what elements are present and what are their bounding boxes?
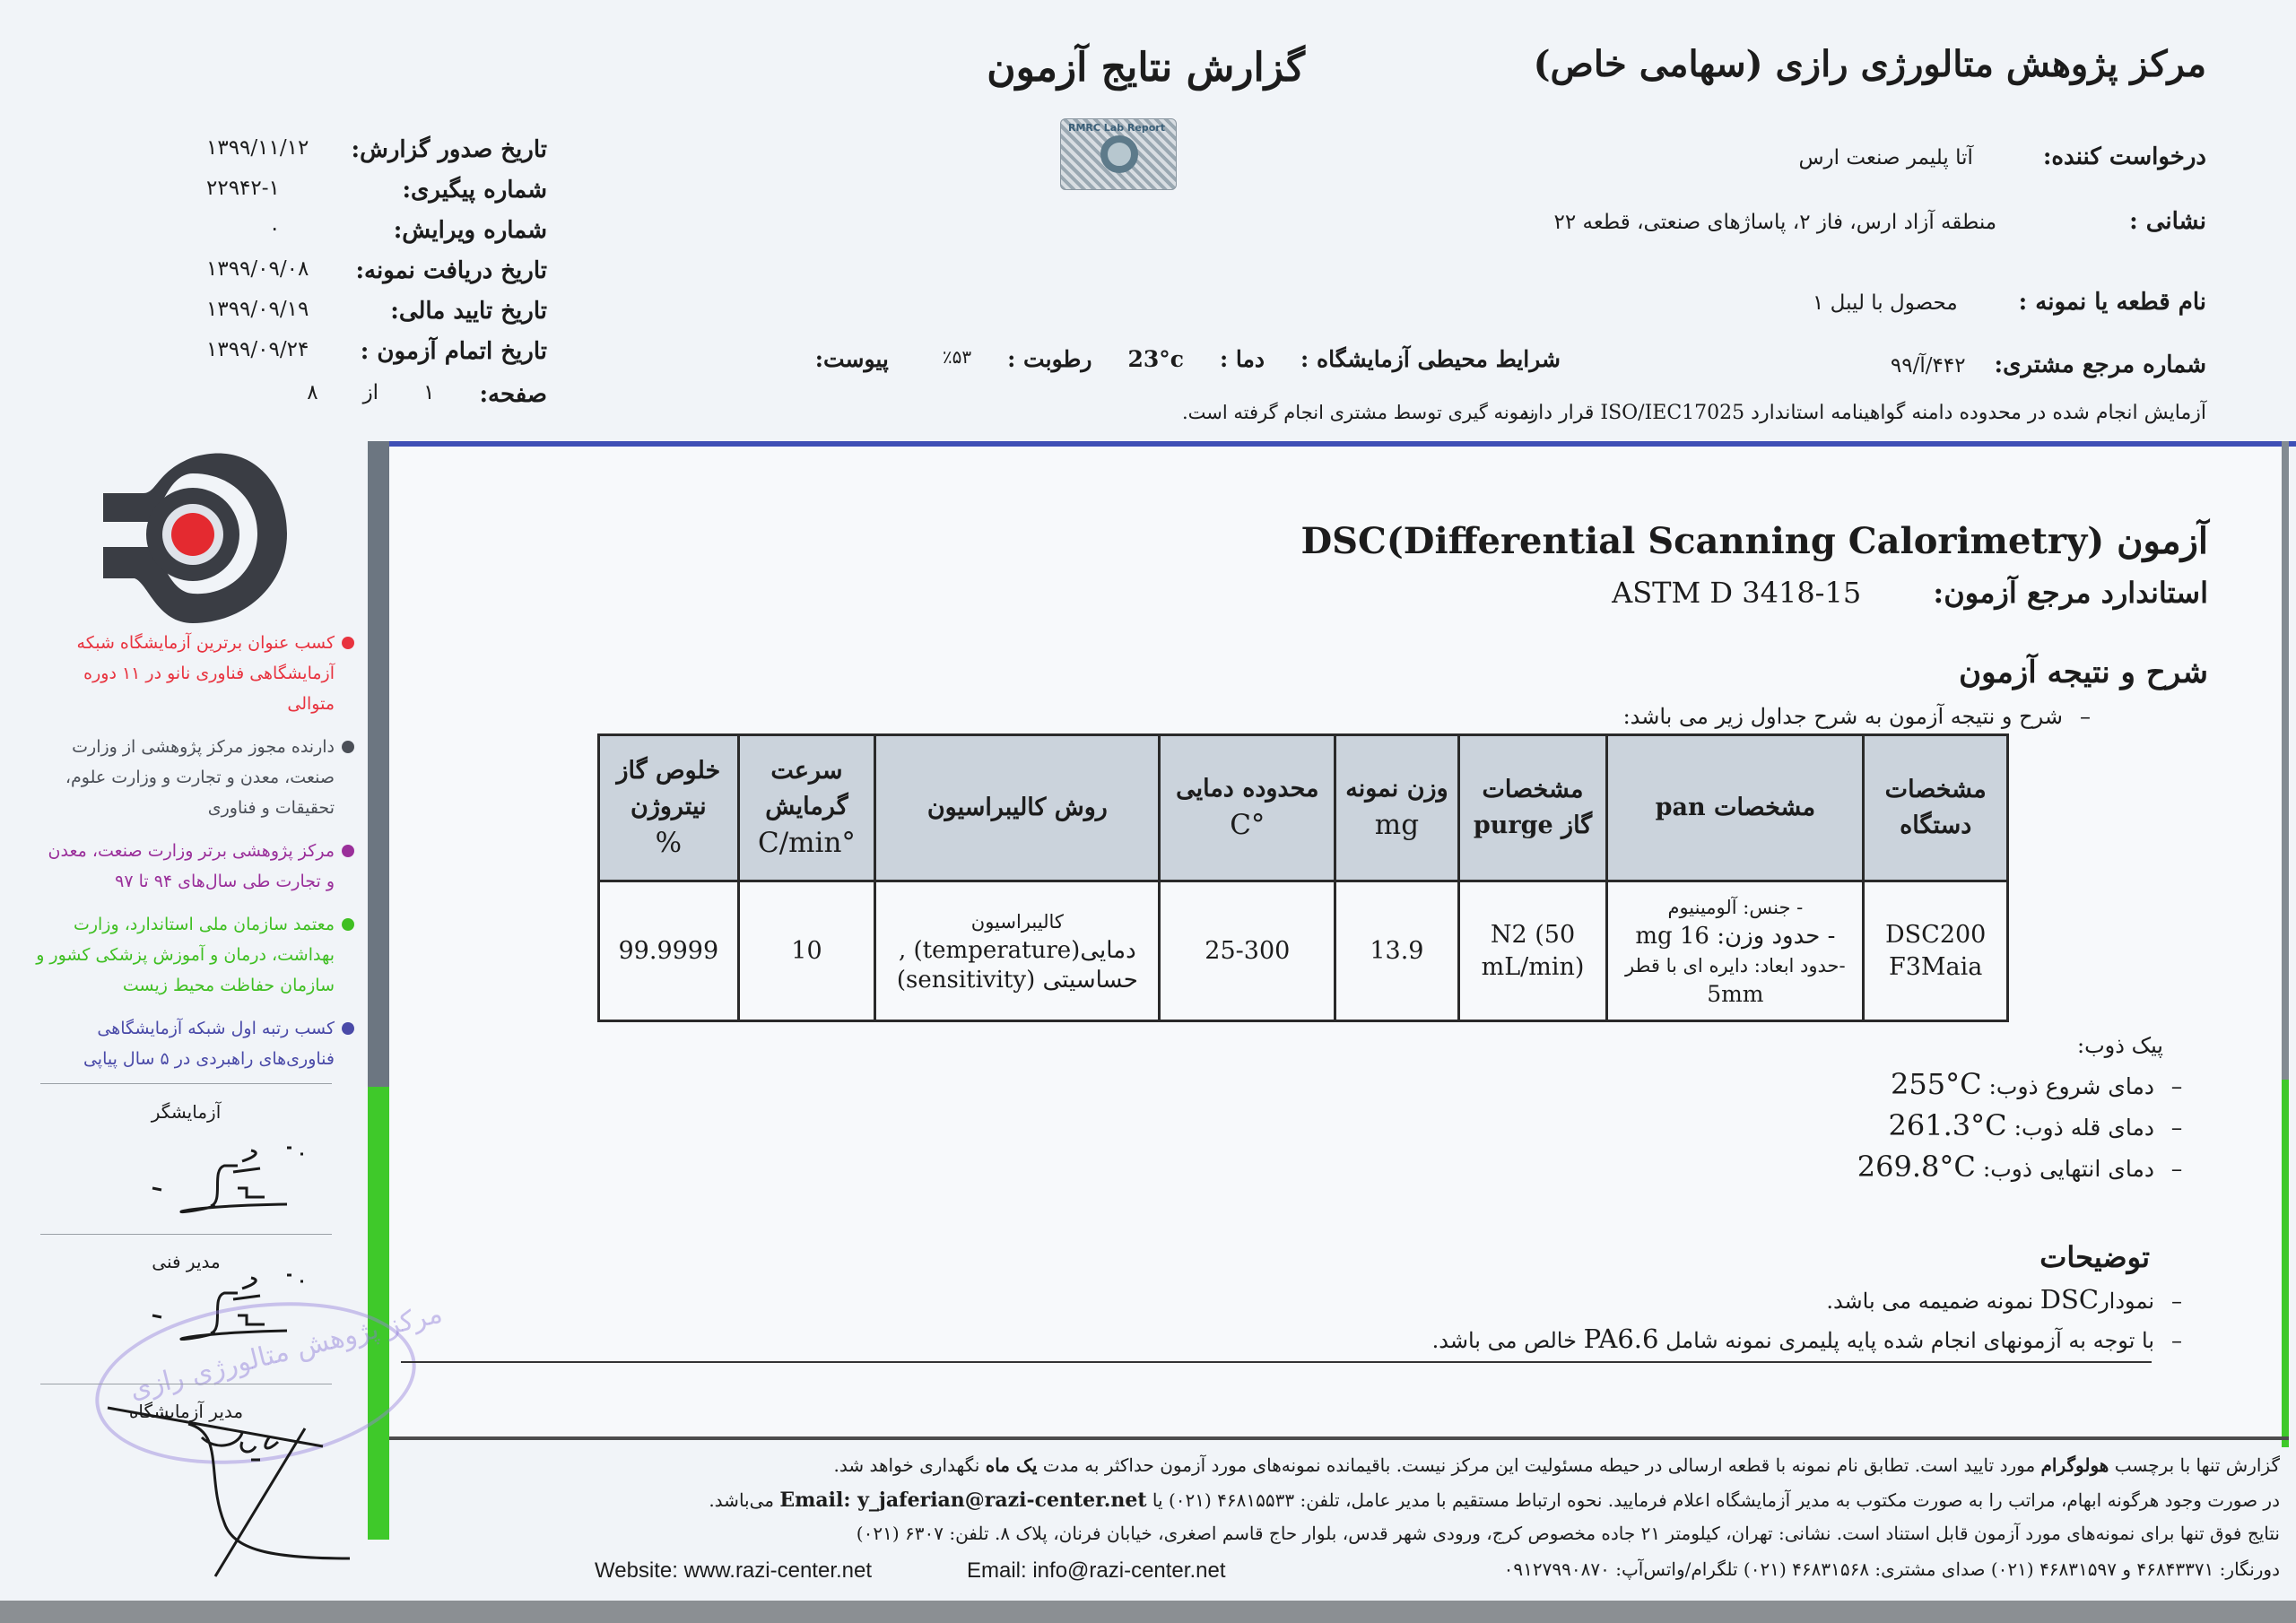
sample-name-label: نام قطعه یا نمونه : <box>2019 289 2206 316</box>
tracking-number-field: شماره پیگیری: ۲۲۹۴۲-۱ <box>206 177 547 217</box>
signature-divider <box>40 1234 332 1235</box>
dash-bullet: – <box>2154 1115 2199 1141</box>
bullet-dot-icon <box>342 918 354 931</box>
meta-value: ۱۳۹۹/۰۹/۱۹ <box>206 298 309 338</box>
notes-title: توضیحات <box>2039 1240 2150 1274</box>
page-of: از <box>363 381 379 421</box>
achievements-list: کسب عنوان برترین آزمایشگاه شبکه آزمایشگا… <box>36 628 354 1087</box>
test-title: آزمون DSC(Differential Scanning Calorime… <box>1300 520 2208 562</box>
footer-email-link[interactable]: Email: info@razi-center.net <box>967 1558 1225 1584</box>
frame-right-border-grey <box>2282 441 2289 1080</box>
env-label: شرایط محیطی آزمایشگاه : <box>1300 346 1561 372</box>
section-title: شرح و نتیجه آزمون <box>1959 655 2208 690</box>
dash-bullet: – <box>2154 1289 2199 1314</box>
temp-label: دما : <box>1220 346 1265 372</box>
organization-name: مرکز پژوهش متالورژی رازی (سهامی خاص) <box>1534 43 2206 85</box>
meta-value: ۱۳۹۹/۰۹/۰۸ <box>206 257 309 298</box>
melting-onset: –دمای شروع ذوب: 255°C <box>1891 1067 2199 1101</box>
ceo-email-link[interactable]: Email: y_jaferian@razi-center.net <box>779 1488 1146 1512</box>
frame-bottom-border <box>0 1601 2296 1623</box>
bullet-dot-icon <box>342 845 354 857</box>
melt-label: دمای انتهایی ذوب: <box>1983 1156 2154 1182</box>
melt-label: دمای شروع ذوب: <box>1989 1073 2155 1099</box>
meta-value: ۱۳۹۹/۱۱/۱۲ <box>206 136 309 177</box>
achievement-item: کسب عنوان برترین آزمایشگاه شبکه آزمایشگا… <box>36 628 354 719</box>
header-calibration: روش کالیبراسیون <box>875 735 1160 881</box>
achievement-item: مرکز پژوهشی برتر وزارت صنعت، معدن و تجار… <box>36 836 354 897</box>
requester-value: آتا پلیمر صنعت ارس <box>1798 146 1972 169</box>
meta-value: ۲۲۹۴۲-۱ <box>206 177 280 217</box>
achievement-item: معتمد سازمان ملی استاندارد، وزارت بهداشت… <box>36 909 354 1001</box>
dash-bullet: – <box>2154 1328 2199 1353</box>
cell-sample-weight: 13.9 <box>1335 881 1459 1021</box>
achievement-text: مرکز پژوهشی برتر وزارت صنعت، معدن و تجار… <box>48 841 335 891</box>
tester-role-label: آزمایشگر <box>40 1101 332 1123</box>
sample-name-field: نام قطعه یا نمونه : محصول با لیبل ۱ <box>1813 289 2206 316</box>
test-parameters-table: مشخصاتدستگاه مشخصات pan مشخصاتگاز purge … <box>597 733 2009 1022</box>
melt-value: 269.8°C <box>1857 1150 1976 1184</box>
standard-label: استاندارد مرجع آزمون: <box>1933 576 2208 610</box>
achievement-item: دارنده مجوز مرکز پژوهشی از وزارت صنعت، م… <box>36 732 354 823</box>
achievement-text: کسب عنوان برترین آزمایشگاه شبکه آزمایشگا… <box>77 633 335 714</box>
header-heating-rate: سرعت گرمایش°C/min <box>738 735 875 881</box>
hologram-ring-icon <box>1100 135 1138 173</box>
meta-label: تاریخ صدور گزارش: <box>351 136 547 177</box>
hologram-seal-icon: RMRC Lab Report <box>1060 118 1177 190</box>
razi-logo-icon <box>94 439 291 628</box>
cell-temp-range: 25-300 <box>1160 881 1335 1021</box>
lab-manager-signature-icon <box>90 1397 359 1585</box>
meta-value: ۰ <box>269 217 280 257</box>
address-field: نشانی : منطقه آزاد ارس، فاز ۲، پاساژهای … <box>1553 208 2206 235</box>
cell-purge-gas: N2 (50mL/min) <box>1458 881 1607 1021</box>
lab-environment-conditions: شرایط محیطی آزمایشگاه : دما : 23°c رطوبت… <box>664 346 1561 372</box>
accreditation-note: آزمایش انجام شده در محدوده دامنه گواهینا… <box>1514 402 2206 424</box>
melting-endset: –دمای انتهایی ذوب: 269.8°C <box>1857 1150 2199 1184</box>
hologram-text: RMRC Lab Report <box>1068 122 1165 134</box>
sampling-note: نمونه گیری توسط مشتری انجام گرفته است. <box>1182 402 1535 423</box>
footer-website-link[interactable]: Website: www.razi-center.net <box>595 1558 872 1584</box>
bullet-dot-icon <box>342 637 354 649</box>
financial-approval-date-field: تاریخ تایید مالی: ۱۳۹۹/۰۹/۱۹ <box>206 298 547 338</box>
signature-divider <box>40 1083 332 1084</box>
humidity-label: رطوبت : <box>1007 346 1091 372</box>
customer-ref-field: شماره مرجع مشتری: ۴۴۲/آ/۹۹ <box>1891 352 2206 378</box>
achievement-item: کسب رتبه اول شبکه آزمایشگاهی فناوری‌های … <box>36 1013 354 1074</box>
customer-ref-label: شماره مرجع مشتری: <box>1995 352 2206 378</box>
footer-contact-numbers: دورنگار: ۴۶۸۴۳۳۷۱ و ۴۶۸۳۱۵۹۷ (۰۲۱) صدای … <box>1504 1558 2280 1580</box>
notes-divider <box>401 1361 2152 1363</box>
melt-label: دمای قله ذوب: <box>2014 1115 2154 1141</box>
page-total: ۸ <box>307 381 317 421</box>
meta-value: ۱۳۹۹/۰۹/۲۴ <box>206 338 309 381</box>
bullet-dot-icon <box>342 1022 354 1035</box>
temp-value: 23°c <box>1127 346 1184 372</box>
achievement-text: کسب رتبه اول شبکه آزمایشگاهی فناوری‌های … <box>83 1019 335 1069</box>
meta-label: شماره ویرایش: <box>394 217 547 257</box>
achievement-text: معتمد سازمان ملی استاندارد، وزارت بهداشت… <box>36 915 335 995</box>
meta-label: تاریخ اتمام آزمون : <box>361 338 547 381</box>
melting-peak: –دمای قله ذوب: 261.3°C <box>1889 1108 2199 1142</box>
sample-name-value: محصول با لیبل ۱ <box>1813 291 1958 315</box>
sample-received-date-field: تاریخ دریافت نمونه: ۱۳۹۹/۰۹/۰۸ <box>206 257 547 298</box>
header-sample-weight: وزن نمونهmg <box>1335 735 1459 881</box>
cell-pan: - جنس: آلومینیوم - حدود وزن: 16 mg -حدود… <box>1607 881 1864 1021</box>
test-completion-date-field: تاریخ اتمام آزمون : ۱۳۹۹/۰۹/۲۴ <box>206 338 547 381</box>
issue-date-field: تاریخ صدور گزارش: ۱۳۹۹/۱۱/۱۲ <box>206 136 547 177</box>
frame-top-border <box>386 441 2296 447</box>
cell-device: DSC200F3Maia <box>1864 881 2008 1021</box>
cell-calibration: کالیبراسیون دمایی(temperature) , حساسیتی… <box>875 881 1160 1021</box>
header-temp-range: محدوده دمایی°C <box>1160 735 1335 881</box>
table-header-row: مشخصاتدستگاه مشخصات pan مشخصاتگاز purge … <box>599 735 2008 881</box>
meta-label: تاریخ دریافت نمونه: <box>355 257 547 298</box>
requester-field: درخواست کننده: آتا پلیمر صنعت ارس <box>1798 143 2206 170</box>
page-label: صفحه: <box>479 381 547 421</box>
note-item: –با توجه به آزمونهای انجام شده پایه پلیم… <box>1432 1324 2199 1354</box>
melt-value: 255°C <box>1891 1067 1982 1101</box>
section-description: –شرح و نتیجه آزمون به شرح جداول زیر می ب… <box>1623 704 2108 729</box>
signature-divider <box>40 1384 332 1384</box>
lab-report-page: مرکز پژوهش متالورژی رازی (سهامی خاص) گزا… <box>0 0 2296 1623</box>
meta-label: تاریخ تایید مالی: <box>390 298 547 338</box>
customer-ref-value: ۴۴۲/آ/۹۹ <box>1891 354 1966 378</box>
footer-address-line: نتایج فوق تنها برای نمونه‌های مورد آزمون… <box>857 1523 2280 1544</box>
bullet-dot-icon <box>342 741 354 753</box>
frame-right-border-green <box>2282 1080 2289 1447</box>
footer-disclaimer-line1: گزارش تنها با برچسب هولوگرام مورد تایید … <box>834 1454 2280 1476</box>
meta-label: شماره پیگیری: <box>402 177 547 217</box>
humidity-value: ٪۵۳ <box>943 346 971 372</box>
header-n2-purity: خلوص گاز نیتروژن% <box>599 735 739 881</box>
header-purge-gas: مشخصاتگاز purge <box>1458 735 1607 881</box>
address-value: منطقه آزاد ارس، فاز ۲، پاساژهای صنعتی، ق… <box>1553 211 1996 234</box>
melting-peak-title: پیک ذوب: <box>2077 1033 2163 1058</box>
standard-value: ASTM D 3418-15 <box>1612 576 1861 610</box>
reference-standard: استاندارد مرجع آزمون: ASTM D 3418-15 <box>1612 576 2208 610</box>
report-meta: تاریخ صدور گزارش: ۱۳۹۹/۱۱/۱۲ شماره پیگیر… <box>206 136 547 421</box>
address-label: نشانی : <box>2129 208 2206 235</box>
note-item: –نمودارDSC نمونه ضمیمه می باشد. <box>1826 1284 2199 1315</box>
table-row: DSC200F3Maia - جنس: آلومینیوم - حدود وزن… <box>599 881 2008 1021</box>
dash-bullet: – <box>2063 704 2108 729</box>
requester-label: درخواست کننده: <box>2043 143 2206 170</box>
footer-divider <box>389 1436 2289 1440</box>
frame-left-border-grey <box>368 441 389 1087</box>
page-number-field: صفحه: ۱ از ۸ <box>206 381 547 421</box>
tester-signature-icon <box>108 1134 341 1224</box>
page-current: ۱ <box>423 381 434 421</box>
header-device: مشخصاتدستگاه <box>1864 735 2008 881</box>
cell-heating-rate: 10 <box>738 881 875 1021</box>
header-pan: مشخصات pan <box>1607 735 1864 881</box>
footer-disclaimer-line2: در صورت وجود هرگونه ابهام، مراتب را به ص… <box>709 1488 2280 1512</box>
dash-bullet: – <box>2154 1073 2199 1099</box>
attachment-label: پیوست: <box>815 346 889 372</box>
achievement-text: دارنده مجوز مرکز پژوهشی از وزارت صنعت، م… <box>65 737 335 818</box>
melt-value: 261.3°C <box>1889 1108 2007 1142</box>
dash-bullet: – <box>2154 1156 2199 1182</box>
cell-n2-purity: 99.9999 <box>599 881 739 1021</box>
section-description-text: شرح و نتیجه آزمون به شرح جداول زیر می با… <box>1623 704 2063 729</box>
revision-number-field: شماره ویرایش: ۰ <box>206 217 547 257</box>
report-title: گزارش نتایج آزمون <box>1009 45 1305 91</box>
